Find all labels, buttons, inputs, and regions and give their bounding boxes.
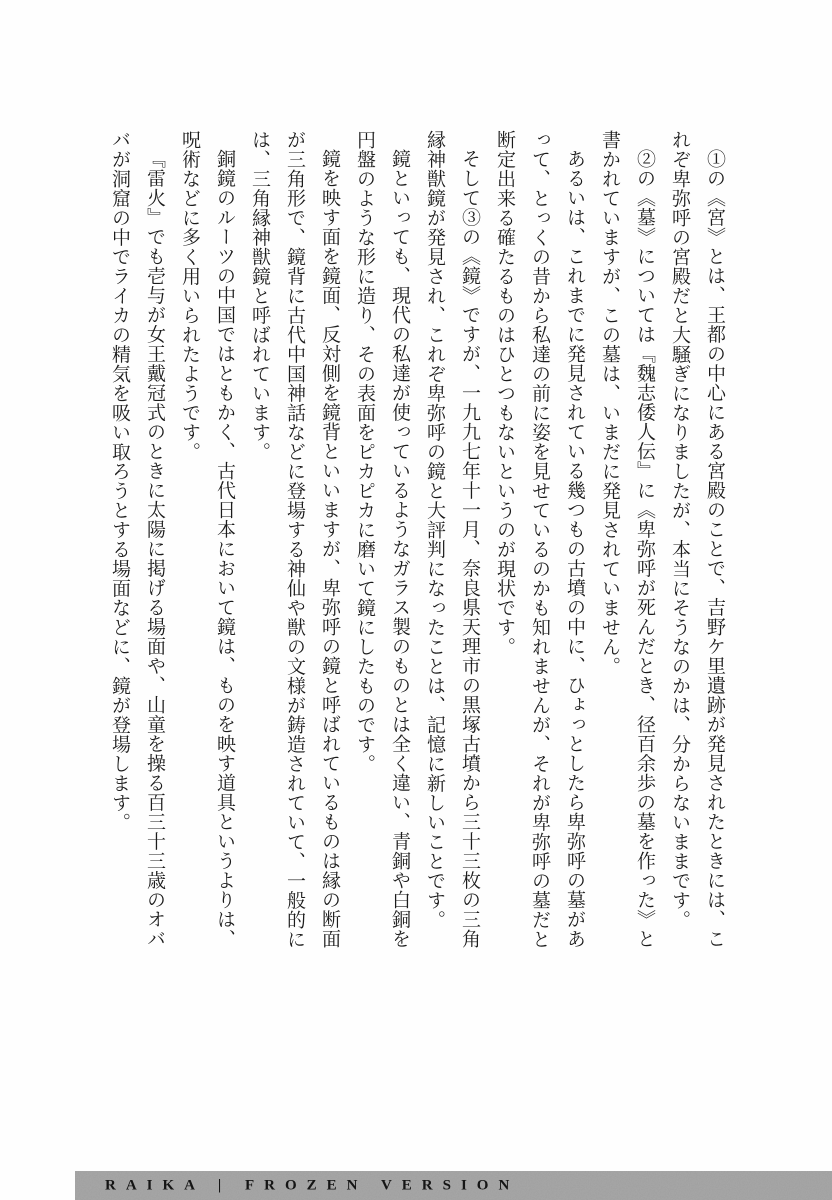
paragraph-dokyo-roots: 銅鏡のルーツの中国ではともかく、古代日本において鏡は、ものを映す道具というよりは… xyxy=(172,130,242,952)
paragraph-raika: 『雷火』でも壱与が女王戴冠式のときに太陽に掲げる場面や、山童を操る百三十三歳のオ… xyxy=(102,130,172,952)
footer-bar: RAIKA | FROZEN VERSION xyxy=(75,1171,832,1200)
paragraph-kyomen-kyohai: 鏡を映す面を鏡面、反対側を鏡背といいますが、卑弥呼の鏡と呼ばれているものは縁の断… xyxy=(242,130,347,952)
article-text: ①の《宮》とは、王都の中心にある宮殿のことで、吉野ケ里遺跡が発見されたときには、… xyxy=(98,130,732,952)
paragraph-kagami-material: 鏡といっても、現代の私達が使っているようなガラス製のものとは全く違い、青銅や白銅… xyxy=(347,130,417,952)
paragraph-miya: ①の《宮》とは、王都の中心にある宮殿のことで、吉野ケ里遺跡が発見されたときには、… xyxy=(662,130,732,952)
paragraph-aruiwa: あるいは、これまでに発見されている幾つもの古墳の中に、ひょっとしたら卑弥呼の墓が… xyxy=(487,130,592,952)
footer-label: RAIKA | FROZEN VERSION xyxy=(105,1177,519,1194)
book-page: ①の《宮》とは、王都の中心にある宮殿のことで、吉野ケ里遺跡が発見されたときには、… xyxy=(0,0,832,1200)
paragraph-haka: ②の《墓》については『魏志倭人伝』に《卑弥呼が死んだとき、径百余歩の墓を作った》… xyxy=(592,130,662,952)
paragraph-kagami-discovery: そして③の《鏡》ですが、一九九七年十一月、奈良県天理市の黒塚古墳から三十三枚の三… xyxy=(417,130,487,952)
